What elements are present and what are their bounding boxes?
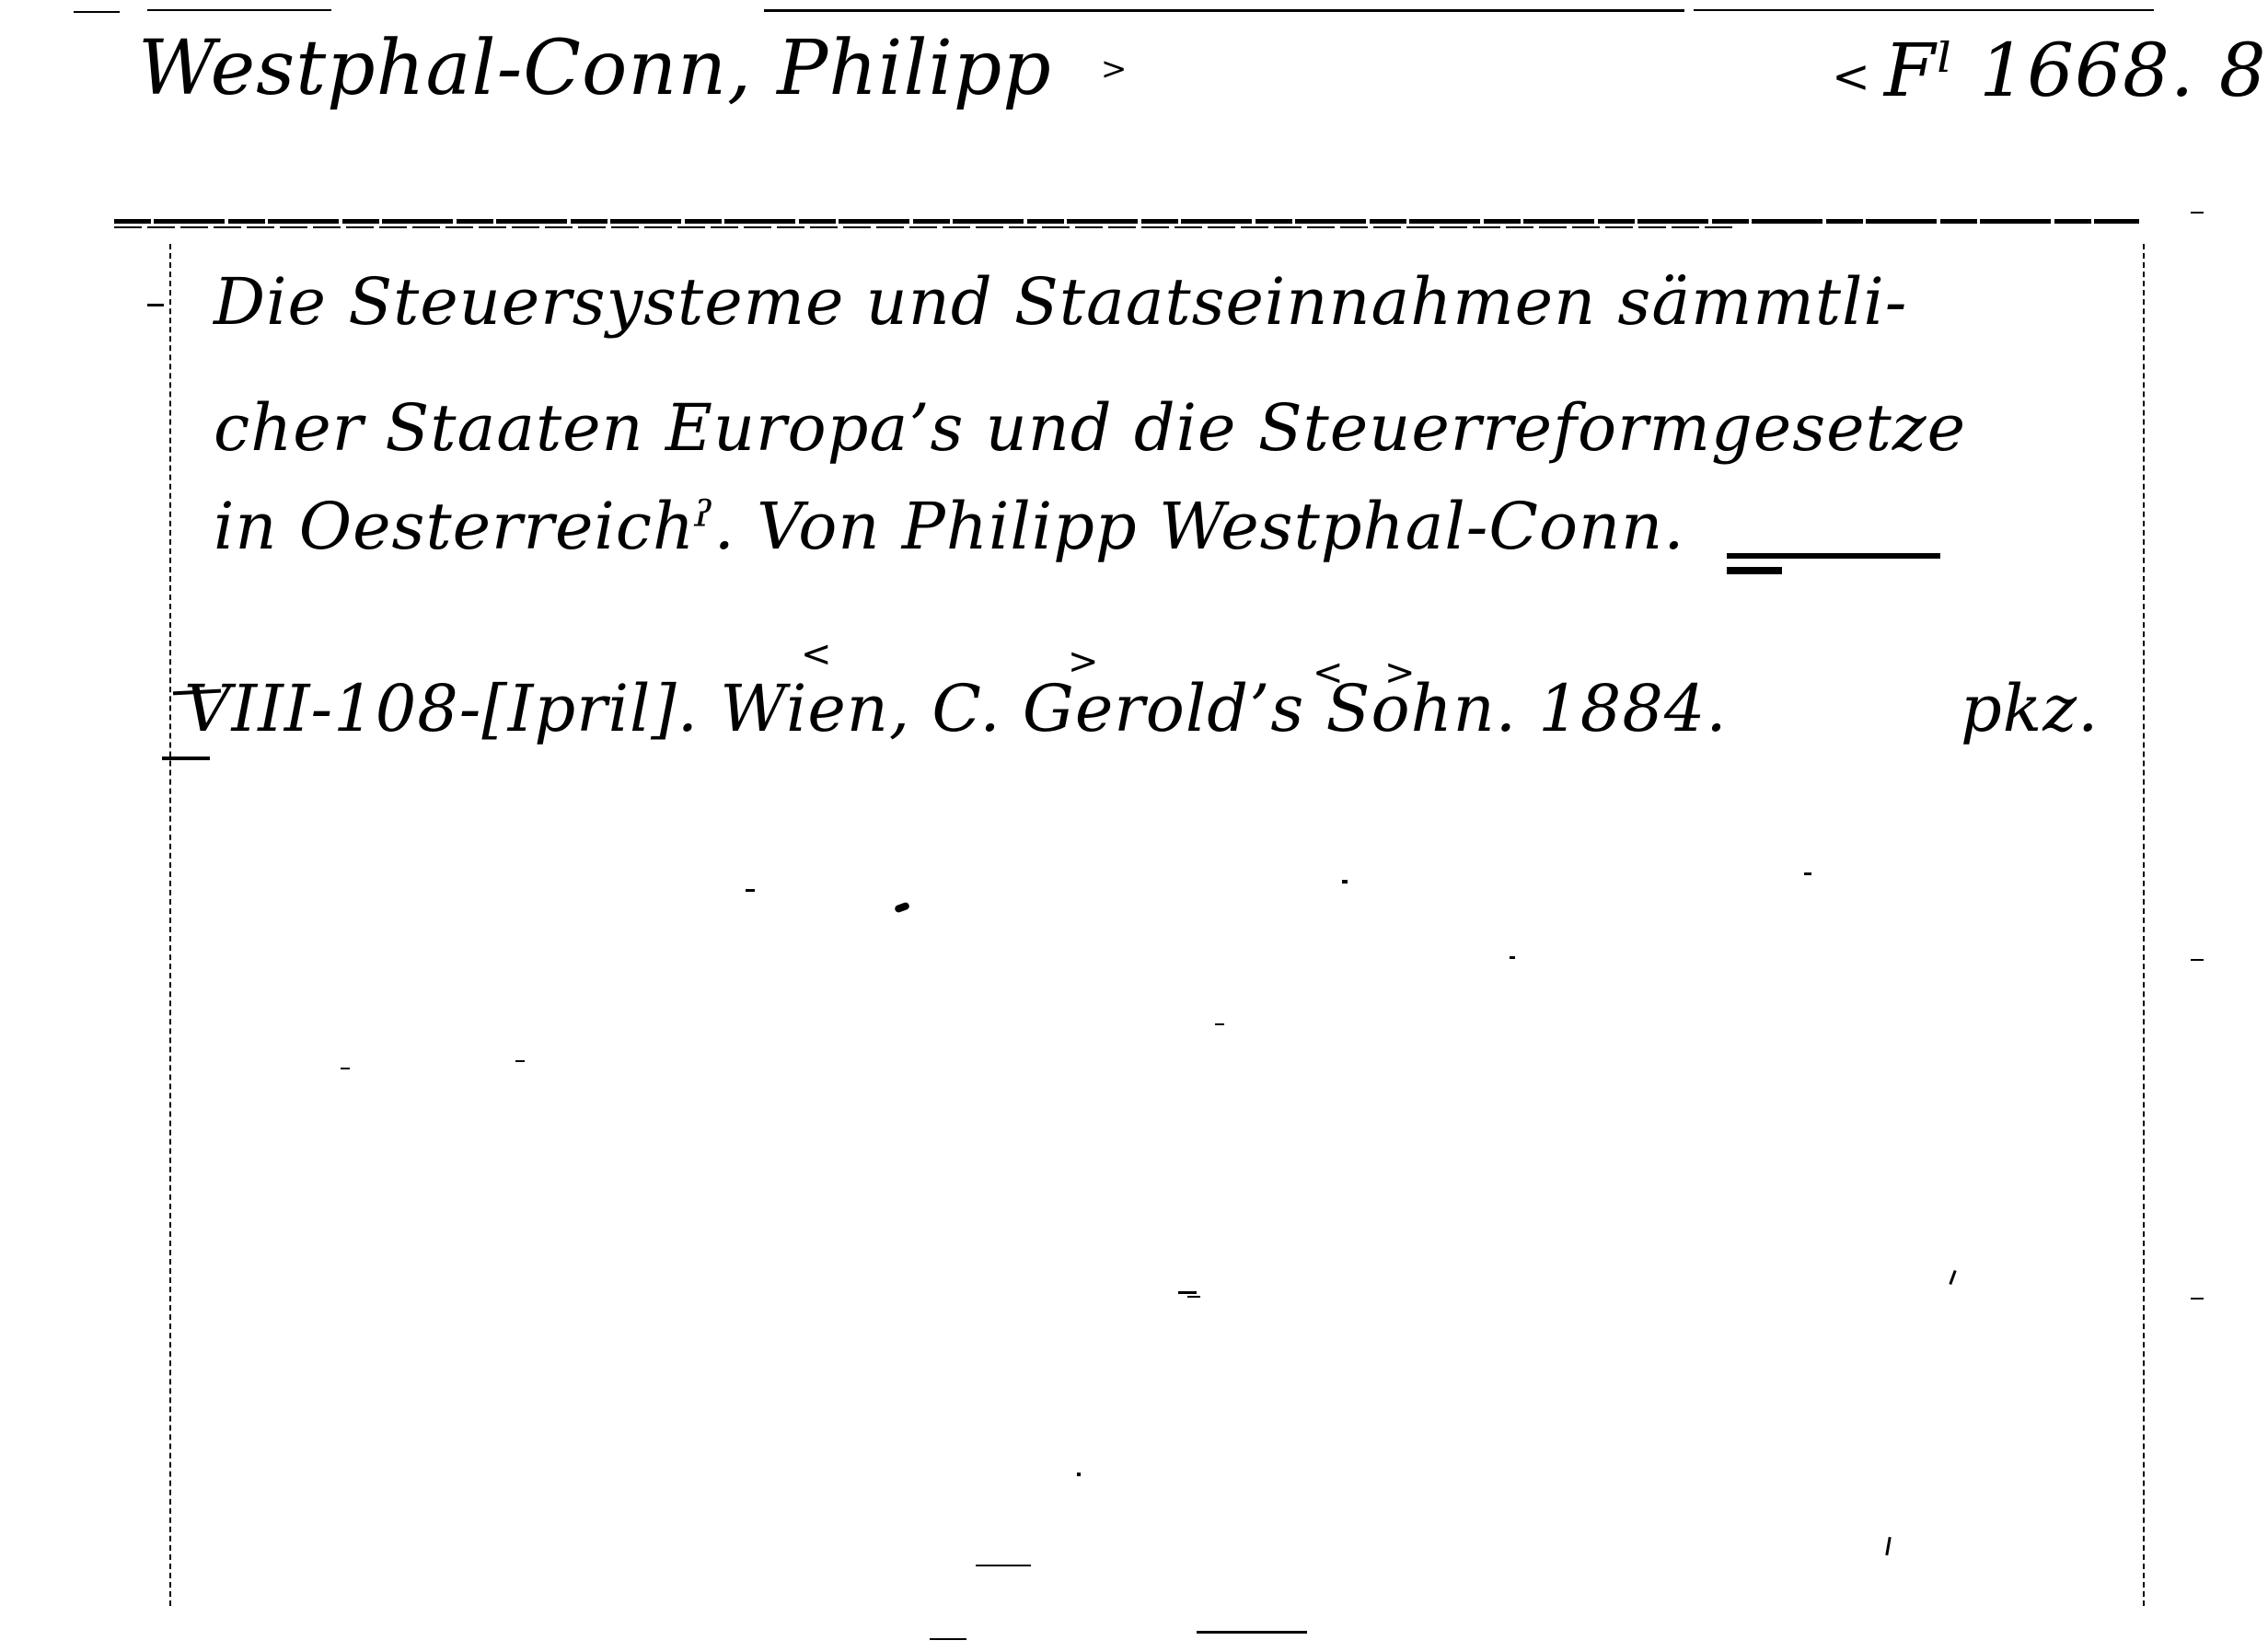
imprint-line: VIII-108-[Ipril]. Wien, C. Gerold’s Sohn… — [184, 663, 1728, 755]
call-number: <Fˡ 1668. 8º — [1832, 20, 2268, 127]
right-margin-line — [2143, 244, 2145, 1606]
angle-mark-close: > — [1068, 641, 1099, 683]
heading-divider — [114, 219, 2139, 224]
scan-speck — [1178, 1291, 1197, 1294]
underline-mark-thick — [1727, 567, 1782, 574]
title-line-2: cher Staaten Europa’s und die Steuerrefo… — [214, 382, 1966, 474]
scan-speck — [1885, 1537, 1891, 1555]
annotation-pkz: pkz. — [1961, 663, 2099, 755]
heading-author-name: Westphal-Conn, Philipp > — [138, 18, 1128, 120]
scan-speck — [1077, 1473, 1081, 1476]
close-mark: > — [1101, 51, 1128, 87]
author-name-text: Westphal-Conn, Philipp — [138, 25, 1052, 112]
title-line-1: Die Steuersysteme und Staatseinnahmen sä… — [214, 256, 1907, 348]
margin-tick — [147, 304, 164, 306]
scan-speck — [2191, 959, 2204, 961]
scan-speck — [1187, 1296, 1200, 1298]
heading-divider-thin — [114, 226, 1734, 228]
scan-speck — [1197, 1631, 1307, 1634]
angle-mark-open: < — [801, 633, 832, 676]
scan-speck — [746, 889, 755, 892]
scan-speck — [515, 1060, 525, 1062]
scan-artifact-top-line — [1694, 9, 2154, 11]
scan-speck — [1510, 956, 1515, 959]
scan-speck — [1949, 1270, 1956, 1285]
scan-artifact-top-line — [147, 9, 331, 11]
angle-mark-close: > — [1384, 652, 1416, 694]
scan-speck — [2191, 1298, 2204, 1300]
scan-speck — [976, 1565, 1031, 1566]
angle-mark-open: < — [1313, 652, 1344, 694]
scan-artifact-top-line — [74, 11, 120, 13]
scan-speck — [341, 1068, 350, 1069]
title-line-3: in Oesterreichˀ. Von Philipp Westphal-Co… — [214, 480, 1684, 572]
scan-speck — [1215, 1023, 1224, 1025]
open-mark: < — [1832, 50, 1871, 103]
scan-speck — [1342, 880, 1348, 884]
call-number-text: Fˡ 1668. 8º — [1884, 28, 2268, 113]
left-margin-line — [169, 244, 171, 1606]
scan-artifact-top-line — [764, 9, 1684, 12]
underline-mark — [1727, 553, 1940, 559]
scan-speck — [894, 902, 910, 914]
scan-speck — [1804, 872, 1811, 875]
scan-speck — [2191, 212, 2204, 214]
roman-numeral-underline — [162, 757, 210, 760]
scan-speck — [930, 1638, 966, 1640]
